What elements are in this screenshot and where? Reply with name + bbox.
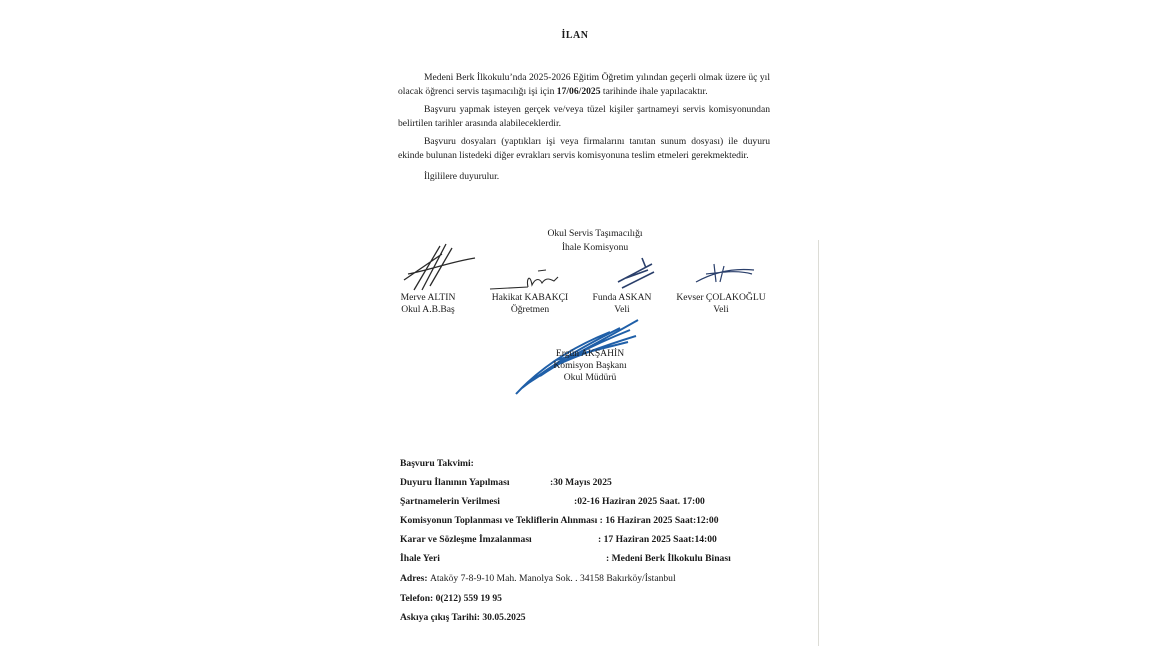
tender-date: 17/06/2025 <box>557 86 601 97</box>
signatory-funda-askan: Funda ASKAN Veli <box>584 292 660 316</box>
schedule-row-venue: İhale Yeri : Medeni Berk İlkokulu Binası <box>400 553 440 564</box>
signatory-kevser-colakoglu: Kevser ÇOLAKOĞLU Veli <box>670 292 772 316</box>
schedule-heading: Başvuru Takvimi: <box>400 458 474 469</box>
schedule-row-specifications: Şartnamelerin Verilmesi :02-16 Haziran 2… <box>400 496 500 507</box>
signatory-role: Okul A.B.Baş <box>388 304 468 316</box>
committee-line-2: İhale Komisyonu <box>500 241 690 255</box>
schedule-row-contract: Karar ve Sözleşme İmzalanması : 17 Hazir… <box>400 534 532 545</box>
document-page: İLAN Medeni Berk İlkokulu’nda 2025-2026 … <box>0 0 1150 646</box>
schedule-value: :30 Mayıs 2025 <box>550 477 612 488</box>
address-value: Ataköy 7-8-9-10 Mah. Manolya Sok. . 3415… <box>430 573 676 584</box>
signature-hakikat-kabakci-icon <box>488 265 568 295</box>
schedule-value: : 16 Haziran 2025 Saat:12:00 <box>600 515 719 526</box>
paragraph-specification: Başvuru yapmak isteyen gerçek ve/veya tü… <box>398 103 770 130</box>
schedule-label: Karar ve Sözleşme İmzalanması <box>400 534 532 545</box>
signatory-role: Veli <box>584 304 660 316</box>
scan-edge-line <box>818 240 819 646</box>
signatory-hakikat-kabakci: Hakikat KABAKÇI Öğretmen <box>480 292 580 316</box>
signatory-name: Kevser ÇOLAKOĞLU <box>670 292 772 304</box>
schedule-row-phone: Telefon: 0(212) 559 19 95 <box>400 593 502 604</box>
schedule-row-announcement: Duyuru İlanının Yapılması :30 Mayıs 2025 <box>400 477 509 488</box>
document-title: İLAN <box>0 30 1150 41</box>
committee-line-1: Okul Servis Taşımacılığı <box>500 227 690 241</box>
signature-kevser-colakoglu-icon <box>694 260 759 288</box>
signature-funda-askan-icon <box>612 256 662 292</box>
signatory-name: Merve ALTIN <box>388 292 468 304</box>
signatory-name: Funda ASKAN <box>584 292 660 304</box>
schedule-label: Şartnamelerin Verilmesi <box>400 496 500 507</box>
signatory-role-2: Okul Müdürü <box>520 372 660 384</box>
schedule-value: :02-16 Haziran 2025 Saat. 17:00 <box>574 496 705 507</box>
signatory-name: Ergün AKŞAHİN <box>520 348 660 360</box>
schedule-value: : Medeni Berk İlkokulu Binası <box>606 553 731 564</box>
schedule-label: Komisyonun Toplanması ve Tekliflerin Alı… <box>400 515 597 526</box>
schedule-row-committee-meeting: Komisyonun Toplanması ve Tekliflerin Alı… <box>400 515 719 526</box>
paragraph-notice: İlgililere duyurulur. <box>398 170 770 184</box>
schedule-row-address: Adres: Ataköy 7-8-9-10 Mah. Manolya Sok.… <box>400 573 676 584</box>
schedule-label: Duyuru İlanının Yapılması <box>400 477 509 488</box>
signatory-ergun-aksahin: Ergün AKŞAHİN Komisyon Başkanı Okul Müdü… <box>520 348 660 384</box>
signatory-name: Hakikat KABAKÇI <box>480 292 580 304</box>
signatory-role: Veli <box>670 304 772 316</box>
paragraph-2-text: Başvuru yapmak isteyen gerçek ve/veya tü… <box>398 104 770 129</box>
paragraph-3-text: Başvuru dosyaları (yaptıkları işi veya f… <box>398 136 770 161</box>
signature-merve-altin-icon <box>400 240 480 295</box>
paragraph-1-text-b: tarihinde ihale yapılacaktır. <box>601 86 708 97</box>
signatory-role: Komisyon Başkanı <box>520 360 660 372</box>
signatory-role: Öğretmen <box>480 304 580 316</box>
schedule-row-posting-date: Askıya çıkış Tarihi: 30.05.2025 <box>400 612 526 623</box>
paragraph-tender-announcement: Medeni Berk İlkokulu’nda 2025-2026 Eğiti… <box>398 71 770 98</box>
signatory-merve-altin: Merve ALTIN Okul A.B.Baş <box>388 292 468 316</box>
schedule-value: : 17 Haziran 2025 Saat:14:00 <box>598 534 717 545</box>
address-label: Adres: <box>400 573 428 584</box>
paragraph-documents: Başvuru dosyaları (yaptıkları işi veya f… <box>398 135 770 162</box>
schedule-label: İhale Yeri <box>400 553 440 564</box>
paragraph-4-text: İlgililere duyurulur. <box>424 171 499 182</box>
committee-heading: Okul Servis Taşımacılığı İhale Komisyonu <box>500 227 690 254</box>
